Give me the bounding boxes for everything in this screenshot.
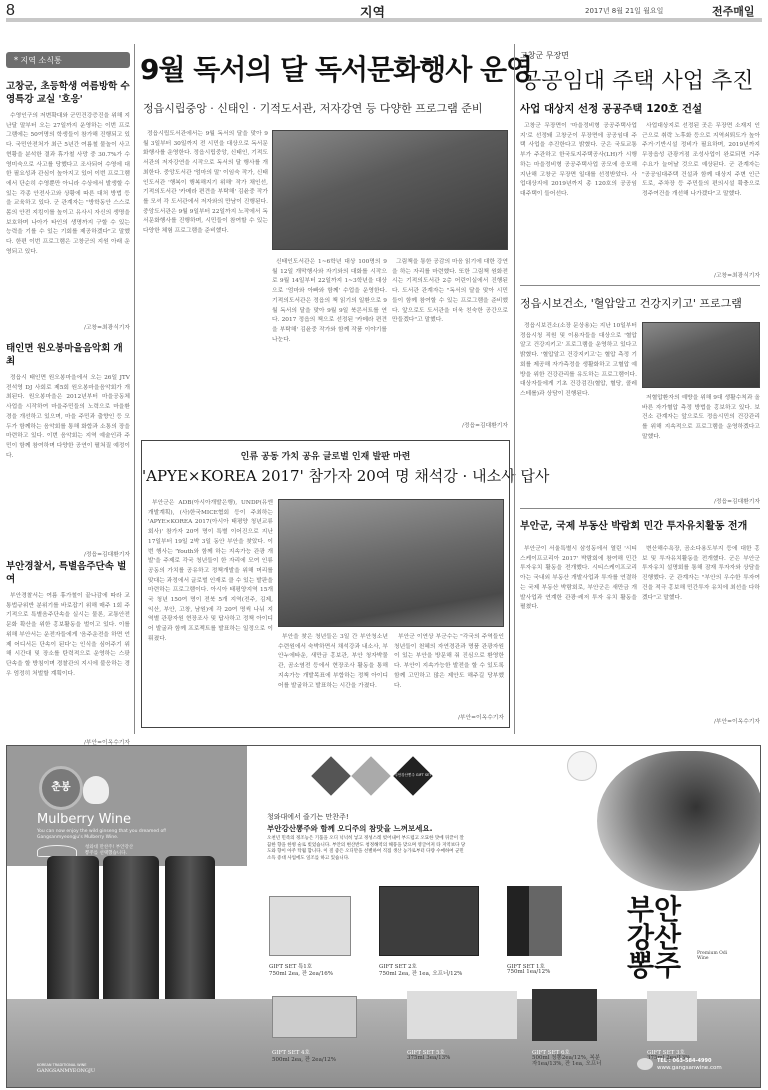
byline: /고창=최광식기자 <box>642 270 760 279</box>
section-divider <box>520 508 760 509</box>
premium-label: Premium Odi Wine <box>697 951 737 961</box>
gift-set-5-image <box>407 991 517 1039</box>
byline: /정읍=김대환기자 <box>642 496 760 505</box>
ad-copy: 오천년 민족의 정조능은 기품을 오디 넉넉히 넣고 정성스레 빚어내어 부드럽… <box>267 836 467 862</box>
article-body: 부안경찰서는 여름 휴가철이 끝나감에 따라 교통법규위반 분위기를 바로잡기 … <box>6 592 130 737</box>
header-rule <box>6 18 762 22</box>
brand-logo: 춘봉 <box>39 766 83 810</box>
article-body: 정읍시 태인면 원오봉마을에서 오는 26일 JTV 전석영 DJ 사회로 제5… <box>6 374 130 549</box>
youth-group-photo <box>278 499 504 627</box>
brand-tagline: You can now enjoy the wild ginseng that … <box>37 829 207 841</box>
section-divider <box>520 285 760 286</box>
feature-kicker: 인류 공동 가치 공유 글로벌 인재 발판 마련 <box>142 449 509 462</box>
byline: /정읍=김대환기자 <box>392 420 508 429</box>
ad-headline-2: 부안강산뽕주와 함께 오디주의 참맛을 느껴보세요. <box>267 823 432 834</box>
article-headline[interactable]: 부안경찰서, 특별음주단속 벌여 <box>6 560 130 586</box>
buan-expo-body-col1: 부안군이 서울특별시 삼성동에서 열린 '시티스케이프코리아 2017' 박람회… <box>520 545 637 725</box>
health-program-photo <box>642 322 760 388</box>
housing-headline[interactable]: 공공임대 주택 사업 추진 <box>520 64 754 95</box>
article-body: 수영인구의 저변확대와 군민건강증진을 위해 지난달 말부터 오는 27일까지 … <box>6 112 130 322</box>
reading-event-photo <box>272 130 508 250</box>
ad-website[interactable]: www.gangsanwine.com <box>657 1065 722 1071</box>
housing-subheadline: 사업 대상지 선정 공공주택 120호 건설 <box>520 101 702 116</box>
buan-expo-headline[interactable]: 부안군, 국제 부동산 박람회 민간 투자유치활동 전개 <box>520 517 747 532</box>
gift-set-1-image <box>507 886 562 956</box>
fruit-diamond-image <box>351 756 391 796</box>
feature-headline[interactable]: 'APYE×KOREA 2017' 참가자 20여 명 채석강 · 내소사 답사 <box>142 465 509 486</box>
gift-set-special-1-image <box>269 896 351 956</box>
mascot-icon <box>83 776 109 804</box>
health-headline[interactable]: 정읍시보건소, '혈압알고 건강지키고' 프로그램 <box>520 295 742 311</box>
mulberry-wine-advertisement[interactable]: 춘봉 Mulberry Wine You can now enjoy the w… <box>6 745 761 1088</box>
byline: /부안=이옥수기자 <box>642 716 760 725</box>
gift-set-diamond-label: 부안강산뽕주 GIFT SET <box>391 773 435 778</box>
lead-headline[interactable]: 9월 독서의 달 독서문화행사 운영 <box>140 48 532 88</box>
footer-brand-sub: KOREAN TRADITIONAL WINE <box>37 1063 87 1067</box>
housing-body-col1: 고창군 무장면이 '마을정비형 공공주택사업지'로 선정돼 고창군이 무장면에 … <box>520 122 637 282</box>
section-tag: * 지역 소식통 <box>6 52 130 68</box>
newspaper-brand: 전주매일 <box>712 3 755 19</box>
sidebar-article-3: 부안경찰서, 특별음주단속 벌여 부안경찰서는 여름 휴가철이 끝나감에 따라 … <box>6 560 130 746</box>
ad-phone: TEL : 063-584-4990 <box>657 1058 711 1064</box>
mulberry-diamond-image <box>311 756 351 796</box>
health-body-col2: 저혈압환자의 예방을 위해 9대 생활수칙과 올바른 자가혈압 측정 방법을 홍… <box>642 394 760 494</box>
sidebar-article-2: 태인면 원오봉마을음악회 개최 정읍시 태인면 원오봉마을에서 오는 26일 J… <box>6 342 130 558</box>
buan-expo-body-col2: 변산해수욕장, 곰소다용도부지 등에 대한 홍보 및 투자유치활동을 전개했다.… <box>642 545 760 710</box>
brand-english-name: Mulberry Wine <box>37 812 131 827</box>
issue-date: 2017년 8월 21일 월요일 <box>585 6 663 16</box>
byline: /부안=이옥수기자 <box>394 712 504 721</box>
gift-set-6-image <box>532 989 597 1041</box>
calligraphy-logo: 부안강산 뽕주 <box>627 896 687 980</box>
health-body-col1: 정읍시보건소(소장 문상용)는 지난 10일부터 정읍시청 직원 및 이용자들을… <box>520 322 637 507</box>
feature-body-col1: 부안군은 ADB(아시아개발은행), UNDP(유엔개발계획), (사)한국MI… <box>148 499 273 724</box>
gift-set-spec: 500ml 청뽕2ea/12%, 복분자1ea/13%, 잔 1ea, 오프너 <box>532 1055 602 1067</box>
mulberry-fruit-image <box>597 751 761 891</box>
gift-set-4-image <box>272 996 357 1038</box>
gift-set-spec: 750ml 2ea, 잔 1ea, 오프너/12% <box>379 969 462 977</box>
column-divider <box>134 44 135 734</box>
company-logo-icon <box>637 1058 653 1070</box>
byline: /고창=최광식기자 <box>6 322 130 331</box>
housing-body-col2: 사업대상지로 선정된 곳은 무장면 소재지 인근으로 취락 노후화 등으로 지역… <box>642 122 760 267</box>
housing-kicker: 고창군 무장면 <box>520 50 569 61</box>
gift-set-2-image <box>379 886 479 956</box>
feature-body-col2: 부안을 찾은 청년들은 3일 간 부안청소년수련원에서 숙박하면서 채석강과 내… <box>278 633 388 713</box>
footer-brand: GANGSANMYEONGJU <box>37 1068 95 1074</box>
lead-body-col3: 그림책을 통한 공감의 마음 읽기에 대한 강연을 하는 자리를 마련했다. 또… <box>392 258 508 408</box>
gift-set-spec: 375ml 3ea/13% <box>407 1055 450 1061</box>
gift-set-spec: 750ml 2ea, 잔 2ea/16% <box>269 969 333 977</box>
mascot-icon <box>567 751 597 781</box>
gift-set-spec: 500ml 2ea, 잔 2ea/12% <box>272 1055 336 1063</box>
article-headline[interactable]: 태인면 원오봉마을음악회 개최 <box>6 342 130 368</box>
gift-set-3-image <box>647 991 697 1041</box>
feature-box: 인류 공동 가치 공유 글로벌 인재 발판 마련 'APYE×KOREA 201… <box>141 440 510 728</box>
column-divider <box>514 44 515 734</box>
sidebar-article-1: 고창군, 초등학생 여름방학 수영특강 교실 '호응' 수영인구의 저변확대와 … <box>6 80 130 331</box>
feature-body-col3: 부안군 이연상 부군수는 "각국의 주역들인 청년들이 천혜의 자연경관과 명품… <box>394 633 504 703</box>
lead-body-col2: 신태인도서관은 1~6학년 대상 100명의 9월 12일 개막행사와 자기와의… <box>272 258 387 418</box>
lead-body-col1: 정읍시립도서관에서는 9월 독서의 달을 맞아 9월 3일부터 30일까지 전 … <box>143 130 268 420</box>
byline: /정읍=김대환기자 <box>6 549 130 558</box>
lead-subheadline: 정읍시립중앙 · 신태인 · 기적도서관, 저자강연 등 다양한 프로그램 준비 <box>143 100 483 116</box>
gift-set-spec: 750ml 1ea/12% <box>507 969 550 975</box>
ad-headline-1: 청와대에서 즐기는 만찬주! <box>267 812 349 822</box>
article-headline[interactable]: 고창군, 초등학생 여름방학 수영특강 교실 '호응' <box>6 80 130 106</box>
